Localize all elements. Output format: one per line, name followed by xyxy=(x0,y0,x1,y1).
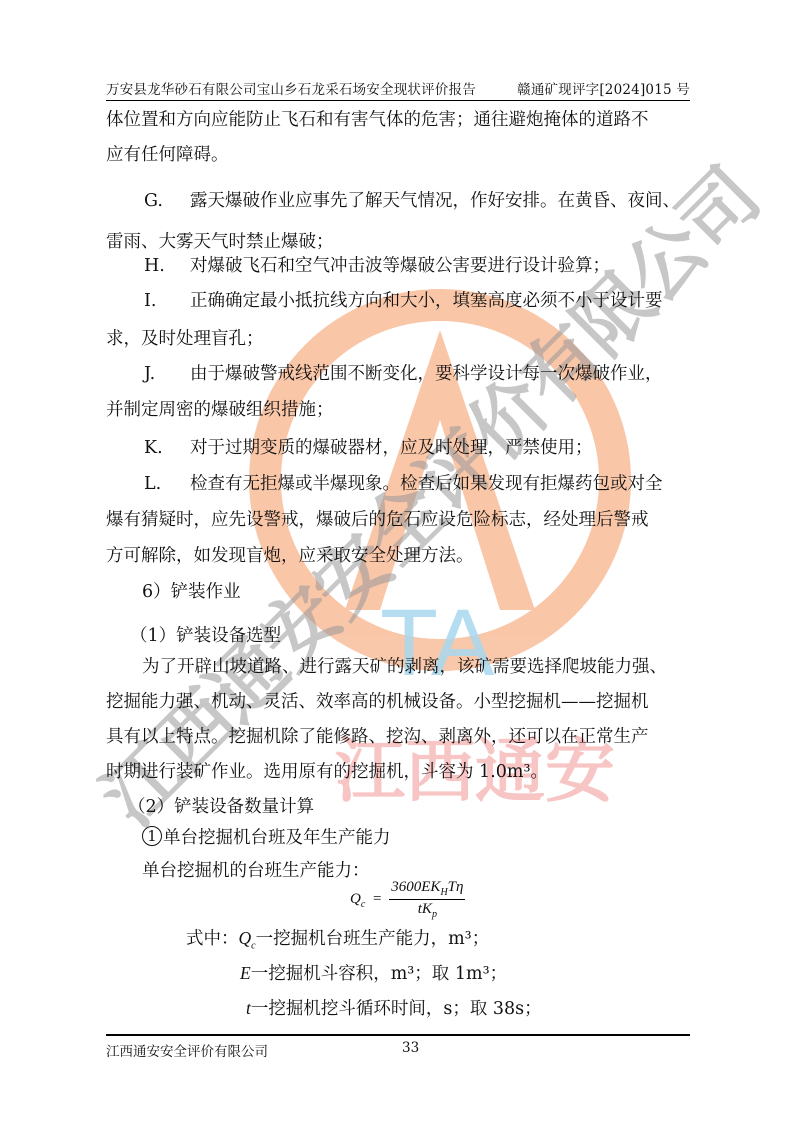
list-item-j: J.由于爆破警戒线范围不断变化，要科学设计每一次爆破作业， xyxy=(144,357,663,391)
item-text: 对爆破飞石和空气冲击波等爆破公害要进行设计验算； xyxy=(190,256,610,276)
item-continuation: 求，及时处理盲孔； xyxy=(106,322,264,356)
definition-text: 一挖掘机挖斗循环时间，s；取 38s； xyxy=(251,999,542,1019)
item-continuation: 并制定周密的爆破组织措施； xyxy=(106,393,334,427)
report-title: 万安县龙华砂石有限公司宝山乡石龙采石场安全现状评价报告 xyxy=(106,78,476,98)
paragraph-line: 时期进行装矿作业。选用原有的挖掘机，斗容为 1.0m³。 xyxy=(106,755,548,789)
formula: Qc = 3600EKHTη tKp xyxy=(350,879,465,920)
footer-company: 江西通安安全评价有限公司 xyxy=(106,1040,268,1060)
definition-line: 式中：Qc一挖掘机台班生产能力，m³； xyxy=(186,921,489,955)
subsection-heading: （2）铲装设备数量计算 xyxy=(128,790,314,824)
item-label: I. xyxy=(144,284,190,318)
circled-number: 1 xyxy=(142,826,162,846)
item-label: H. xyxy=(144,249,190,283)
denominator: tKp xyxy=(389,900,465,920)
formula-intro: 单台挖掘机的台班生产能力： xyxy=(142,854,370,888)
list-item-g: G.露天爆破作业应事先了解天气情况，作好安排。在黄昏、夜间、 xyxy=(144,184,680,218)
list-item-l: L.检查有无拒爆或半爆现象。检查后如果发现有拒爆药包或对全 xyxy=(144,467,663,501)
item-text: 对于过期变质的爆破器材，应及时处理，严禁使用； xyxy=(190,438,593,458)
numerator: 3600EKHTη xyxy=(389,879,465,900)
item-label: K. xyxy=(144,431,190,465)
item-text: 由于爆破警戒线范围不断变化，要科学设计每一次爆破作业， xyxy=(190,364,663,384)
subsection-heading: （1）铲装设备选型 xyxy=(130,619,281,653)
item-continuation: 方可解除，如发现盲炮，应采取安全处理方法。 xyxy=(106,539,474,573)
list-item-k: K.对于过期变质的爆破器材，应及时处理，严禁使用； xyxy=(144,431,593,465)
definition-line: E一挖掘机斗容积，m³；取 1m³； xyxy=(240,956,507,990)
heading-text: 单台挖掘机台班及年生产能力 xyxy=(163,828,391,848)
equals-sign: = xyxy=(373,891,381,907)
page-number: 33 xyxy=(402,1040,419,1056)
fraction: 3600EKHTη tKp xyxy=(389,879,465,920)
symbol: E xyxy=(240,963,251,983)
item-text: 露天爆破作业应事先了解天气情况，作好安排。在黄昏、夜间、 xyxy=(190,191,680,211)
symbol: Qc xyxy=(239,928,256,948)
list-item-h: H.对爆破飞石和空气冲击波等爆破公害要进行设计验算； xyxy=(144,249,610,283)
section-heading: 6）铲装作业 xyxy=(142,575,241,609)
item-text: 检查有无拒爆或半爆现象。检查后如果发现有拒爆药包或对全 xyxy=(190,474,663,494)
definition-text: 一挖掘机台班生产能力，m³； xyxy=(256,929,490,949)
item-text: 正确确定最小抵抗线方向和大小，填塞高度必须不小于设计要 xyxy=(190,291,663,311)
paragraph-line: 挖掘能力强、机动、灵活、效率高的机械设备。小型挖掘机——挖掘机 xyxy=(106,685,649,719)
item-label: J. xyxy=(144,357,190,391)
list-item-i: I.正确确定最小抵抗线方向和大小，填塞高度必须不小于设计要 xyxy=(144,284,663,318)
doc-number: 赣通矿现评字[2024]015 号 xyxy=(517,78,690,98)
text-line: 体位置和方向应能防止飞石和有害气体的危害；通往避炮掩体的道路不 xyxy=(106,103,649,137)
item-label: G. xyxy=(144,184,190,218)
numbered-heading: 1单台挖掘机台班及年生产能力 xyxy=(142,821,391,855)
paragraph-line: 为了开辟山坡道路、进行露天矿的剥离，该矿需要选择爬坡能力强、 xyxy=(142,650,667,684)
page-header: 万安县龙华砂石有限公司宝山乡石龙采石场安全现状评价报告 赣通矿现评字[2024]… xyxy=(106,76,690,101)
formula-lhs: Qc xyxy=(350,891,365,907)
definition-text: 一挖掘机斗容积，m³；取 1m³； xyxy=(251,964,507,984)
paragraph-line: 具有以上特点。挖掘机除了能修路、挖沟、剥离外，还可以在正常生产 xyxy=(106,720,649,754)
page-footer: 江西通安安全评价有限公司 33 xyxy=(106,1034,690,1036)
definition-line: t一挖掘机挖斗循环时间，s；取 38s； xyxy=(246,991,542,1025)
item-label: L. xyxy=(144,467,190,501)
item-continuation: 爆有猜疑时，应先设警戒，爆破后的危石应设危险标志，经处理后警戒 xyxy=(106,503,649,537)
text-line: 应有任何障碍。 xyxy=(106,138,229,172)
where-label: 式中： xyxy=(186,929,239,949)
